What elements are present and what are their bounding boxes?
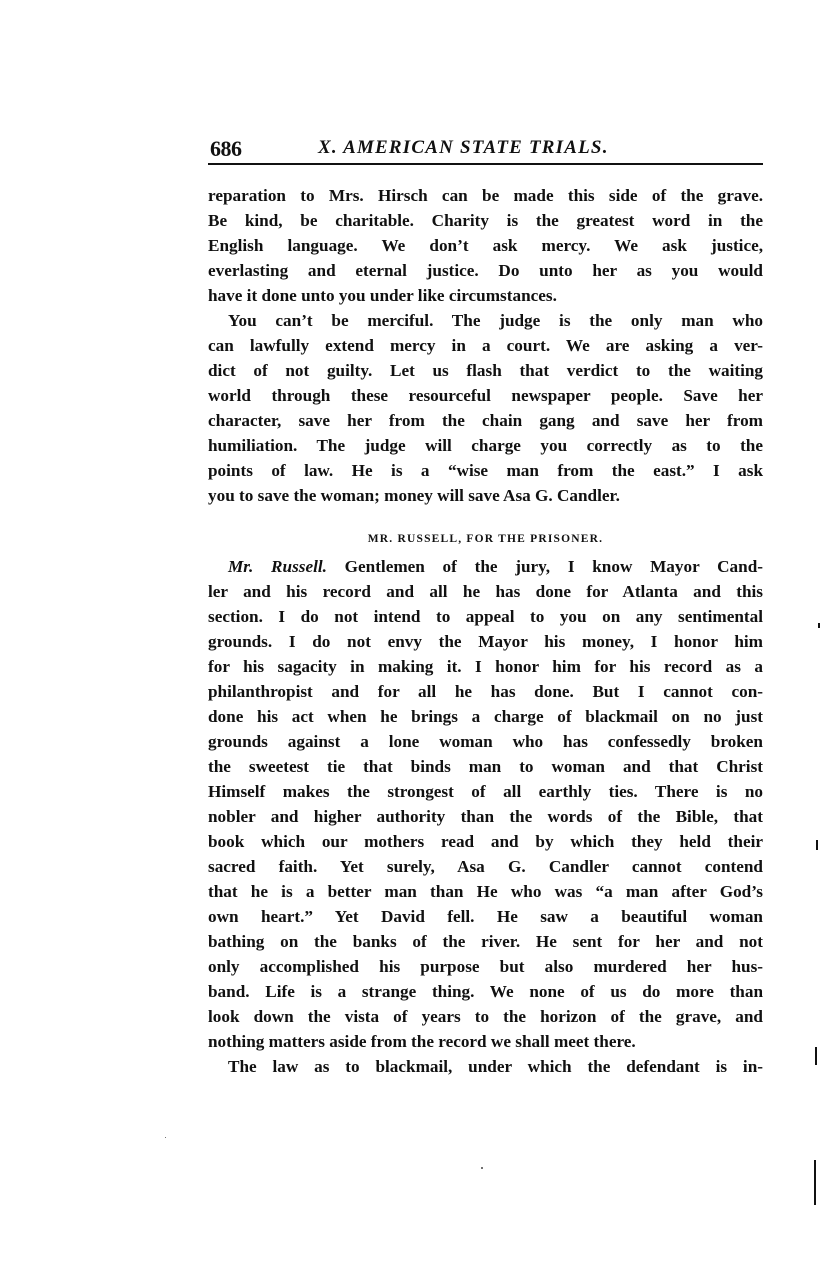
scan-margin-mark	[815, 1047, 817, 1065]
text-line: you to save the woman; money will save A…	[208, 483, 763, 508]
text-line: ler and his record and all he has done f…	[208, 579, 763, 604]
text-line: for his sagacity in making it. I honor h…	[208, 654, 763, 679]
text-line: points of law. He is a “wise man from th…	[208, 458, 763, 483]
text-line: band. Life is a strange thing. We none o…	[208, 979, 763, 1004]
body-text: reparation to Mrs. Hirsch can be made th…	[208, 183, 763, 1079]
text-line: look down the vista of years to the hori…	[208, 1004, 763, 1029]
paragraph-1: reparation to Mrs. Hirsch can be made th…	[208, 183, 763, 308]
scan-margin-mark	[816, 840, 818, 850]
scan-speck	[165, 1137, 166, 1138]
text-fragment: Gentlemen of the jury, I know Mayor Cand…	[327, 557, 763, 576]
text-line: have it done unto you under like circums…	[208, 283, 763, 308]
paragraph-3: Mr. Russell. Gentlemen of the jury, I kn…	[208, 554, 763, 1054]
text-line: English language. We don’t ask mercy. We…	[208, 233, 763, 258]
text-line: philanthropist and for all he has done. …	[208, 679, 763, 704]
running-head: 686 X. AMERICAN STATE TRIALS.	[208, 132, 763, 164]
section-heading: MR. RUSSELL, FOR THE PRISONER.	[208, 526, 763, 552]
paragraph-4: The law as to blackmail, under which the…	[208, 1054, 763, 1079]
text-line: bathing on the banks of the river. He se…	[208, 929, 763, 954]
text-line: reparation to Mrs. Hirsch can be made th…	[208, 183, 763, 208]
text-line: own heart.” Yet David fell. He saw a bea…	[208, 904, 763, 929]
text-line: world through these resourceful newspape…	[208, 383, 763, 408]
text-line: humiliation. The judge will charge you c…	[208, 433, 763, 458]
text-line: only accomplished his purpose but also m…	[208, 954, 763, 979]
page-number: 686	[210, 136, 242, 162]
text-line: Be kind, be charitable. Charity is the g…	[208, 208, 763, 233]
text-line: done his act when he brings a charge of …	[208, 704, 763, 729]
text-line: nobler and higher authority than the wor…	[208, 804, 763, 829]
text-line: grounds against a lone woman who has con…	[208, 729, 763, 754]
text-line: the sweetest tie that binds man to woman…	[208, 754, 763, 779]
text-line: You can’t be merciful. The judge is the …	[208, 308, 763, 333]
text-line: character, save her from the chain gang …	[208, 408, 763, 433]
text-line: can lawfully extend mercy in a court. We…	[208, 333, 763, 358]
scan-speck	[481, 1167, 483, 1169]
paragraph-2: You can’t be merciful. The judge is the …	[208, 308, 763, 508]
text-line: nothing matters aside from the record we…	[208, 1029, 763, 1054]
text-line: dict of not guilty. Let us flash that ve…	[208, 358, 763, 383]
text-line: Mr. Russell. Gentlemen of the jury, I kn…	[208, 554, 763, 579]
scan-margin-mark	[814, 1160, 816, 1205]
running-title: X. AMERICAN STATE TRIALS.	[318, 137, 609, 159]
text-line: Himself makes the strongest of all earth…	[208, 779, 763, 804]
text-line: grounds. I do not envy the Mayor his mon…	[208, 629, 763, 654]
text-line: section. I do not intend to appeal to yo…	[208, 604, 763, 629]
text-line: that he is a better man than He who was …	[208, 879, 763, 904]
text-line: everlasting and eternal justice. Do unto…	[208, 258, 763, 283]
speaker-name: Mr. Russell.	[228, 557, 327, 576]
scan-margin-mark	[818, 623, 820, 628]
text-line: sacred faith. Yet surely, Asa G. Candler…	[208, 854, 763, 879]
header-rule	[208, 163, 763, 165]
text-line: book which our mothers read and by which…	[208, 829, 763, 854]
text-line: The law as to blackmail, under which the…	[208, 1054, 763, 1079]
